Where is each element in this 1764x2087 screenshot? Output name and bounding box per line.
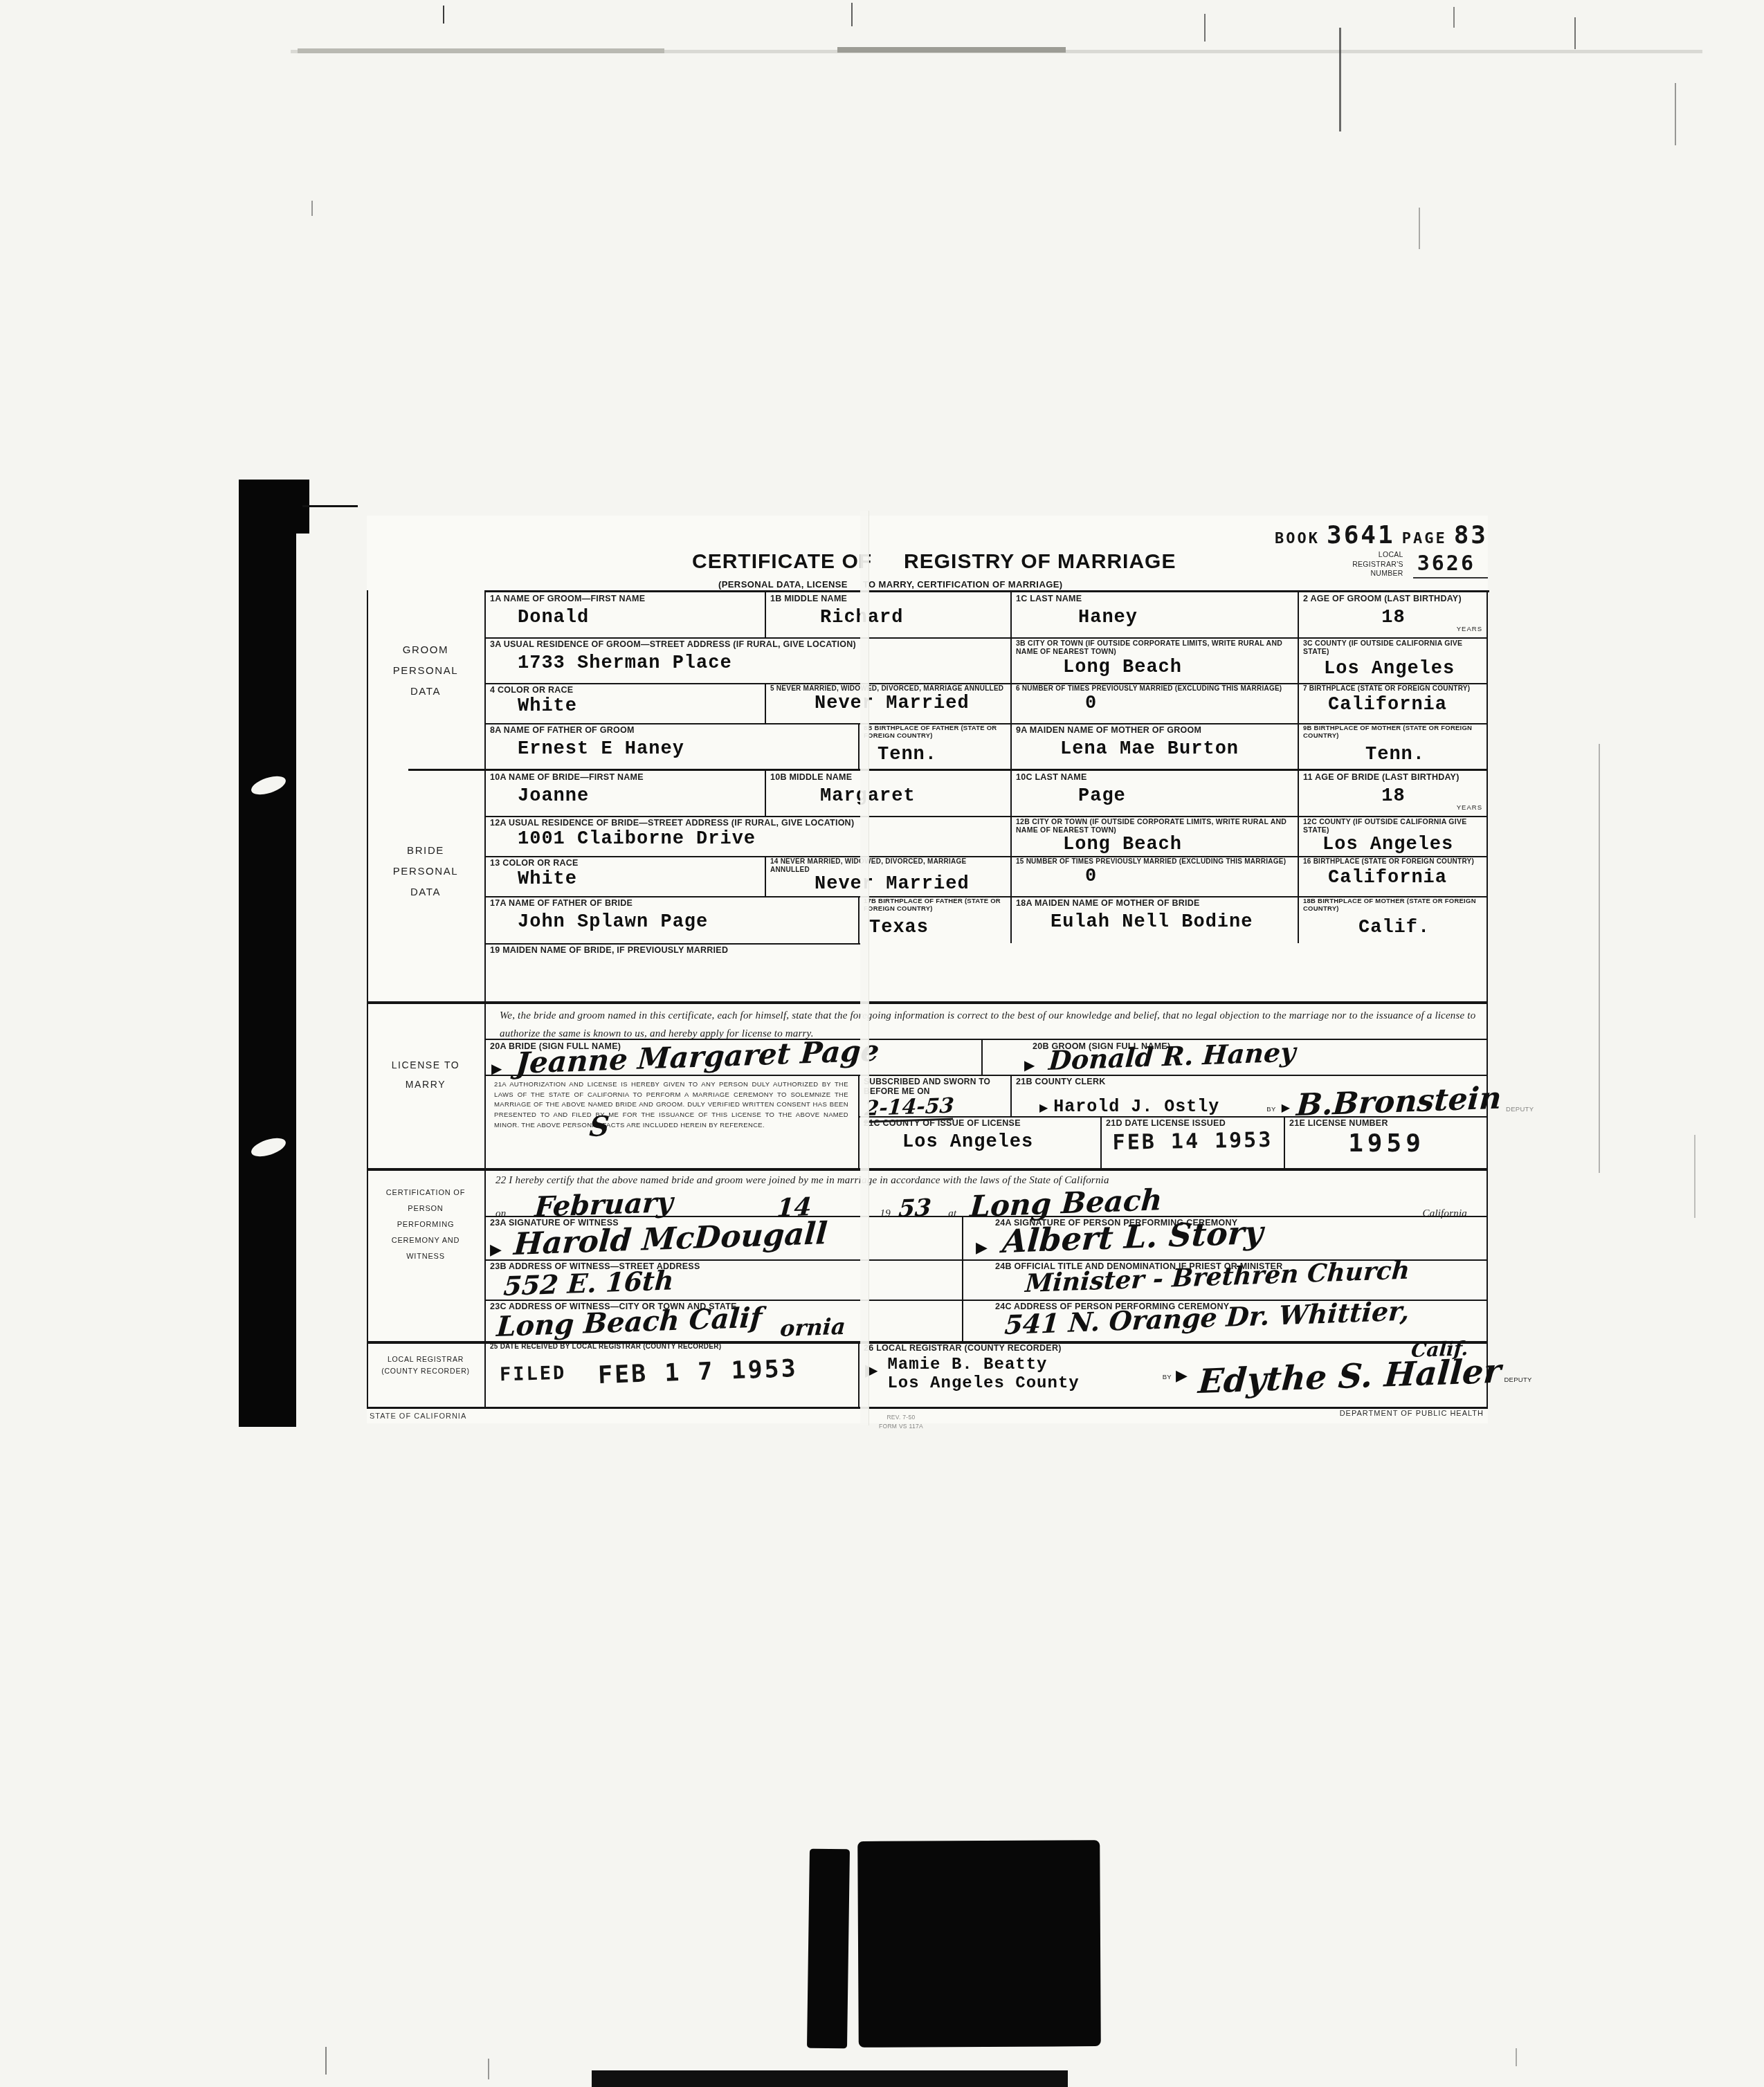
field-value: Tenn. bbox=[864, 740, 1006, 765]
scan-tick bbox=[1694, 1135, 1695, 1218]
title-left: CERTIFICATE OF bbox=[692, 550, 872, 574]
date-received-stamp: FEB 1 7 1953 bbox=[598, 1354, 799, 1389]
grid-line bbox=[1100, 1116, 1102, 1168]
field-label: 1A NAME OF GROOM—FIRST NAME bbox=[490, 594, 761, 603]
field-value: White bbox=[490, 868, 761, 890]
signature-arrow-icon bbox=[490, 1242, 502, 1257]
grid-line bbox=[484, 637, 1488, 639]
field-5-groom-marital-status: 5 NEVER MARRIED, WIDOWED, DIVORCED, MARR… bbox=[765, 683, 1010, 723]
page-number: 83 bbox=[1454, 521, 1488, 549]
marriage-place-handwritten: Long Beach bbox=[969, 1183, 1163, 1223]
field-label: 10B MIDDLE NAME bbox=[770, 772, 1006, 782]
authorization-fine-print: 21A AUTHORIZATION AND LICENSE IS HEREBY … bbox=[494, 1080, 848, 1131]
signature-arrow-icon bbox=[976, 1240, 988, 1255]
field-label: 12A USUAL RESIDENCE OF BRIDE—STREET ADDR… bbox=[490, 818, 1006, 828]
field-value: John Splawn Page bbox=[490, 908, 854, 933]
field-8b-father-birthplace: 8B BIRTHPLACE OF FATHER (STATE OR FOREIG… bbox=[858, 723, 1010, 770]
field-9a-groom-mother: 9A MAIDEN NAME OF MOTHER OF GROOM Lena M… bbox=[1010, 723, 1298, 770]
field-value: Richard bbox=[770, 603, 1006, 628]
field-21a-authorization: 21A AUTHORIZATION AND LICENSE IS HEREBY … bbox=[484, 1075, 858, 1168]
field-21e-license-number: 21E LICENSE NUMBER 1959 bbox=[1284, 1116, 1488, 1168]
grid-line bbox=[1010, 592, 1012, 770]
on-label: on bbox=[495, 1208, 506, 1220]
field-value: California bbox=[1303, 693, 1484, 716]
scan-tick bbox=[325, 2047, 327, 2075]
filed-stamp: FILED bbox=[500, 1362, 567, 1385]
field-18a-bride-mother: 18A MAIDEN NAME OF MOTHER OF BRIDE Eulah… bbox=[1010, 896, 1298, 943]
scan-tick bbox=[1453, 7, 1455, 28]
field-value: Donald bbox=[490, 603, 761, 628]
grid-line bbox=[367, 590, 368, 1409]
field-label: 19 MAIDEN NAME OF BRIDE, IF PREVIOUSLY M… bbox=[490, 945, 856, 955]
field-23b-witness-street: 23B ADDRESS OF WITNESS—STREET ADDRESS 55… bbox=[484, 1259, 962, 1300]
scan-tick bbox=[1516, 2048, 1517, 2066]
field-unit: YEARS bbox=[1457, 626, 1482, 633]
field-21d-date-license-issued: 21D DATE LICENSE ISSUED FEB 14 1953 bbox=[1100, 1116, 1284, 1168]
field-6-groom-times-married: 6 NUMBER OF TIMES PREVIOUSLY MARRIED (EX… bbox=[1010, 683, 1298, 723]
scan-tick bbox=[1599, 744, 1600, 1173]
field-12a-bride-residence: 12A USUAL RESIDENCE OF BRIDE—STREET ADDR… bbox=[484, 816, 1010, 856]
by-label: BY bbox=[1266, 1106, 1275, 1113]
deputy-label: DEPUTY bbox=[1504, 1376, 1531, 1384]
sidebar-local-registrar: LOCAL REGISTRAR (COUNTY RECORDER) bbox=[367, 1354, 484, 1378]
field-value: California bbox=[1303, 866, 1484, 888]
book-number: 3641 bbox=[1327, 521, 1395, 549]
field-label: 7 BIRTHPLACE (STATE OR FOREIGN COUNTRY) bbox=[1303, 685, 1484, 693]
state-suffix: California bbox=[1422, 1208, 1467, 1220]
scan-tick bbox=[1419, 208, 1420, 249]
field-value bbox=[490, 955, 856, 959]
marriage-month-handwritten: February bbox=[534, 1186, 674, 1223]
field-8a-groom-father: 8A NAME OF FATHER OF GROOM Ernest E Hane… bbox=[484, 723, 858, 770]
grid-line bbox=[765, 856, 766, 896]
field-20b-groom-signature: 20B GROOM (SIGN FULL NAME) Donald R. Han… bbox=[983, 1039, 1488, 1075]
grid-line bbox=[858, 1341, 860, 1407]
witness-street-handwritten: 552 E. 16th bbox=[502, 1264, 675, 1302]
field-value: Los Angeles bbox=[1303, 835, 1484, 855]
certify-line: 22 I hereby certify that the above named… bbox=[495, 1175, 1481, 1187]
field-value: 1001 Claiborne Drive bbox=[490, 828, 1006, 850]
field-17b-father-birthplace: 17B BIRTHPLACE OF FATHER (STATE OR FOREI… bbox=[858, 896, 1010, 943]
officiant-signature: Albert L. Story bbox=[1001, 1216, 1264, 1257]
field-value: 18 bbox=[1303, 603, 1484, 628]
subtitle-right: TO MARRY, CERTIFICATION OF MARRIAGE) bbox=[863, 579, 1063, 590]
scan-page-seam bbox=[860, 511, 869, 1425]
field-label: 21C COUNTY OF ISSUE OF LICENSE bbox=[864, 1118, 1096, 1128]
field-value: Never Married bbox=[770, 874, 1006, 895]
scan-tick bbox=[851, 3, 853, 26]
field-label: 16 BIRTHPLACE (STATE OR FOREIGN COUNTRY) bbox=[1303, 858, 1484, 866]
form-rev: REV. 7-50 bbox=[879, 1413, 923, 1422]
scan-tick bbox=[311, 201, 313, 216]
field-value: Ernest E Haney bbox=[490, 735, 854, 760]
field-9b-mother-birthplace: 9B BIRTHPLACE OF MOTHER (STATE OR FOREIG… bbox=[1298, 723, 1488, 770]
field-13-bride-race: 13 COLOR OR RACE White bbox=[484, 856, 765, 896]
field-3b-groom-city: 3B CITY OR TOWN (IF OUTSIDE CORPORATE LI… bbox=[1010, 637, 1298, 683]
field-value: 18 bbox=[1303, 782, 1484, 807]
state-of-california: STATE OF CALIFORNIA bbox=[370, 1412, 466, 1421]
deputy-signature: Edythe S. Haller bbox=[1197, 1355, 1502, 1398]
grid-line bbox=[1298, 770, 1299, 943]
field-7-groom-birthplace: 7 BIRTHPLACE (STATE OR FOREIGN COUNTRY) … bbox=[1298, 683, 1488, 723]
grid-line bbox=[981, 1039, 983, 1075]
field-12c-bride-county: 12C COUNTY (IF OUTSIDE CALIFORNIA GIVE S… bbox=[1298, 816, 1488, 856]
field-unit: YEARS bbox=[1457, 804, 1482, 812]
grid-line bbox=[1298, 592, 1299, 770]
field-value: White bbox=[490, 695, 761, 717]
grid-line bbox=[765, 770, 766, 816]
field-15-bride-times-married: 15 NUMBER OF TIMES PREVIOUSLY MARRIED (E… bbox=[1010, 856, 1298, 896]
scan-tick bbox=[443, 6, 444, 24]
binding-strip bbox=[239, 480, 296, 1427]
field-2-groom-age: 2 AGE OF GROOM (LAST BIRTHDAY) 18 YEARS bbox=[1298, 592, 1488, 637]
groom-signature: Donald R. Haney bbox=[1048, 1039, 1297, 1074]
county-clerk-name: Harold J. Ostly bbox=[1053, 1097, 1219, 1117]
grid-line bbox=[484, 723, 1488, 724]
field-16-bride-birthplace: 16 BIRTHPLACE (STATE OR FOREIGN COUNTRY)… bbox=[1298, 856, 1488, 896]
field-3c-groom-county: 3C COUNTY (IF OUTSIDE CALIFORNIA GIVE ST… bbox=[1298, 637, 1488, 683]
field-label: 10A NAME OF BRIDE—FIRST NAME bbox=[490, 772, 761, 782]
field-label: 12B CITY OR TOWN (IF OUTSIDE CORPORATE L… bbox=[1016, 818, 1293, 835]
book-page-block: BOOK 3641 PAGE 83 LOCAL REGISTRAR'S NUMB… bbox=[1211, 521, 1488, 579]
field-label: 17A NAME OF FATHER OF BRIDE bbox=[490, 898, 854, 908]
witness-signature: Harold McDougall bbox=[513, 1219, 828, 1260]
grid-line bbox=[1010, 1075, 1012, 1116]
clerk-arrow-icon bbox=[1039, 1103, 1048, 1114]
field-label: 18B BIRTHPLACE OF MOTHER (STATE OR FOREI… bbox=[1303, 898, 1484, 913]
license-number-stamp: 1959 bbox=[1289, 1129, 1484, 1158]
field-3a-groom-residence: 3A USUAL RESIDENCE OF GROOM—STREET ADDRE… bbox=[484, 637, 1010, 683]
sidebar-bride-personal-data: BRIDE PERSONAL DATA bbox=[367, 841, 484, 903]
ink-blob-strip bbox=[807, 1849, 850, 2049]
field-subscribed-sworn: SUBSCRIBED AND SWORN TO BEFORE ME ON 2-1… bbox=[858, 1075, 1010, 1116]
grid-line bbox=[858, 723, 860, 770]
grid-line bbox=[1010, 770, 1012, 943]
field-value: 0 bbox=[1016, 693, 1293, 714]
field-value: 0 bbox=[1016, 866, 1293, 887]
field-value: Eulah Nell Bodine bbox=[1016, 908, 1293, 933]
certificate-subtitle: (PERSONAL DATA, LICENSE TO MARRY, CERTIF… bbox=[718, 579, 1062, 590]
field-label: 4 COLOR OR RACE bbox=[490, 685, 761, 695]
field-26-local-registrar: 26 LOCAL REGISTRAR (COUNTY RECORDER) Mam… bbox=[858, 1341, 1488, 1407]
field-label: 1C LAST NAME bbox=[1016, 594, 1293, 603]
binding-edge-mark bbox=[302, 505, 358, 507]
registrar-number: 3626 bbox=[1413, 552, 1488, 578]
certificate-title: CERTIFICATE OF REGISTRY OF MARRIAGE bbox=[692, 550, 1176, 574]
scan-tick bbox=[1574, 17, 1576, 49]
field-label: 2 AGE OF GROOM (LAST BIRTHDAY) bbox=[1303, 594, 1484, 603]
marriage-year-handwritten: 53 bbox=[898, 1194, 932, 1223]
grid-line bbox=[484, 590, 1489, 592]
grid-line bbox=[858, 896, 860, 943]
field-value: Texas bbox=[864, 913, 1006, 938]
field-4-groom-race: 4 COLOR OR RACE White bbox=[484, 683, 765, 723]
book-label: BOOK bbox=[1275, 530, 1320, 547]
scanned-page: { "header": { "title_left": "CERTIFICATE… bbox=[0, 0, 1764, 2087]
grid-line bbox=[765, 592, 766, 637]
field-label: 11 AGE OF BRIDE (LAST BIRTHDAY) bbox=[1303, 772, 1484, 782]
field-label: 9A MAIDEN NAME OF MOTHER OF GROOM bbox=[1016, 725, 1293, 735]
license-affidavit: We, the bride and groom named in this ce… bbox=[484, 1003, 1488, 1039]
field-value: Lena Mae Burton bbox=[1016, 735, 1293, 760]
scan-tick bbox=[1204, 14, 1206, 42]
field-12b-bride-city: 12B CITY OR TOWN (IF OUTSIDE CORPORATE L… bbox=[1010, 816, 1298, 856]
field-value: Margaret bbox=[770, 782, 1006, 807]
field-23c-witness-city: 23C ADDRESS OF WITNESS—CITY OR TOWN AND … bbox=[484, 1300, 962, 1341]
field-label: 21D DATE LICENSE ISSUED bbox=[1106, 1118, 1280, 1128]
field-label: 13 COLOR OR RACE bbox=[490, 858, 761, 868]
certification-statement: 22 I hereby certify that the above named… bbox=[484, 1171, 1488, 1216]
title-right: REGISTRY OF MARRIAGE bbox=[904, 550, 1176, 574]
field-value: Haney bbox=[1016, 603, 1293, 628]
form-no: FORM VS 117A bbox=[879, 1422, 923, 1431]
field-value: Long Beach bbox=[1016, 656, 1293, 678]
field-20a-bride-signature: 20A BRIDE (SIGN FULL NAME) Jeanne Margar… bbox=[484, 1039, 983, 1075]
field-10b-bride-middle-name: 10B MIDDLE NAME Margaret bbox=[765, 770, 1010, 816]
bottom-bar bbox=[592, 2070, 1068, 2087]
grid-line bbox=[484, 856, 1488, 857]
field-label: 3A USUAL RESIDENCE OF GROOM—STREET ADDRE… bbox=[490, 639, 1006, 649]
affidavit-text: We, the bride and groom named in this ce… bbox=[500, 1007, 1481, 1043]
license-issued-stamp: FEB 14 1953 bbox=[1106, 1128, 1280, 1155]
grid-line bbox=[484, 896, 1488, 897]
field-label: 8B BIRTHPLACE OF FATHER (STATE OR FOREIG… bbox=[864, 725, 1006, 740]
field-18b-mother-birthplace: 18B BIRTHPLACE OF MOTHER (STATE OR FOREI… bbox=[1298, 896, 1488, 943]
scan-smudge-dark bbox=[298, 48, 664, 53]
field-25-date-received: 25 DATE RECEIVED BY LOCAL REGISTRAR (COU… bbox=[484, 1341, 858, 1407]
field-value: Joanne bbox=[490, 782, 761, 807]
field-14-bride-marital-status: 14 NEVER MARRIED, WIDOWED, DIVORCED, MAR… bbox=[765, 856, 1010, 896]
marriage-certificate: CERTIFICATE OF REGISTRY OF MARRIAGE (PER… bbox=[367, 516, 1488, 1423]
field-10a-bride-first-name: 10A NAME OF BRIDE—FIRST NAME Joanne bbox=[484, 770, 765, 816]
grid-line bbox=[484, 590, 486, 1409]
grid-line bbox=[367, 1407, 1488, 1409]
registrar-name: Mamie B. Beatty bbox=[887, 1356, 1079, 1374]
form-revision: REV. 7-50 FORM VS 117A bbox=[879, 1413, 923, 1431]
ink-blob-main bbox=[857, 1840, 1101, 2048]
witness-city-handwritten-cont: ornia bbox=[779, 1313, 846, 1342]
field-label: 25 DATE RECEIVED BY LOCAL REGISTRAR (COU… bbox=[490, 1343, 854, 1351]
page-label: PAGE bbox=[1402, 530, 1447, 547]
scan-tick bbox=[488, 2059, 489, 2079]
field-21b-county-clerk: 21B COUNTY CLERK Harold J. Ostly BY B.Br… bbox=[1010, 1075, 1488, 1116]
year-prefix: 19 bbox=[880, 1208, 891, 1220]
grid-line bbox=[367, 1001, 1488, 1004]
grid-line bbox=[765, 683, 766, 723]
field-value: Never Married bbox=[770, 693, 1006, 714]
field-value: Los Angeles bbox=[864, 1128, 1096, 1153]
field-10c-bride-last-name: 10C LAST NAME Page bbox=[1010, 770, 1298, 816]
field-24b-officiant-title: 24B OFFICIAL TITLE AND DENOMINATION IF P… bbox=[962, 1259, 1488, 1300]
grid-line bbox=[484, 943, 860, 945]
field-value: Long Beach bbox=[1016, 835, 1293, 855]
field-value: 1733 Sherman Place bbox=[490, 649, 1006, 674]
grid-line bbox=[1486, 590, 1488, 1409]
at-label: at bbox=[948, 1208, 956, 1220]
field-label: 3C COUNTY (IF OUTSIDE CALIFORNIA GIVE ST… bbox=[1303, 639, 1484, 656]
field-1b-groom-middle-name: 1B MIDDLE NAME Richard bbox=[765, 592, 1010, 637]
registrar-county: Los Angeles County bbox=[887, 1374, 1079, 1393]
grid-line bbox=[962, 1216, 963, 1341]
field-24c-officiant-address: 24C ADDRESS OF PERSON PERFORMING CEREMON… bbox=[962, 1300, 1488, 1341]
signature-arrow-icon bbox=[491, 1062, 502, 1076]
department-of-public-health: DEPARTMENT OF PUBLIC HEALTH bbox=[1340, 1410, 1484, 1418]
deputy-arrow-icon bbox=[1176, 1368, 1188, 1383]
clerk-deputy-signature: B.Bronstein bbox=[1295, 1084, 1502, 1121]
field-label: 18A MAIDEN NAME OF MOTHER OF BRIDE bbox=[1016, 898, 1293, 908]
field-19-bride-maiden-name: 19 MAIDEN NAME OF BRIDE, IF PREVIOUSLY M… bbox=[484, 943, 860, 1001]
grid-line bbox=[1284, 1116, 1285, 1168]
registrar-number-label: LOCAL REGISTRAR'S NUMBER bbox=[1340, 551, 1403, 579]
field-label: 1B MIDDLE NAME bbox=[770, 594, 1006, 603]
field-label: 26 LOCAL REGISTRAR (COUNTY RECORDER) bbox=[864, 1343, 1484, 1353]
scan-tick bbox=[1675, 83, 1676, 145]
sidebar-certification: CERTIFICATION OF PERSON PERFORMING CEREM… bbox=[367, 1185, 484, 1265]
field-1a-groom-first-name: 1A NAME OF GROOM—FIRST NAME Donald bbox=[484, 592, 765, 637]
deputy-arrow-icon bbox=[1282, 1103, 1290, 1114]
sidebar-license-to-marry: LICENSE TO MARRY bbox=[367, 1055, 484, 1094]
field-label: 17B BIRTHPLACE OF FATHER (STATE OR FOREI… bbox=[864, 898, 1006, 913]
field-value: Calif. bbox=[1303, 913, 1484, 938]
grid-line bbox=[858, 1075, 860, 1168]
field-label: 8A NAME OF FATHER OF GROOM bbox=[490, 725, 854, 735]
field-value: Los Angeles bbox=[1303, 656, 1484, 680]
field-1c-groom-last-name: 1C LAST NAME Haney bbox=[1010, 592, 1298, 637]
field-label: 9B BIRTHPLACE OF MOTHER (STATE OR FOREIG… bbox=[1303, 725, 1484, 740]
sidebar-groom-personal-data: GROOM PERSONAL DATA bbox=[367, 640, 484, 702]
scan-tick bbox=[1339, 28, 1341, 131]
field-17a-bride-father: 17A NAME OF FATHER OF BRIDE John Splawn … bbox=[484, 896, 858, 943]
grid-line bbox=[408, 769, 1488, 771]
authorization-initial-mark: S bbox=[588, 1110, 610, 1143]
field-label: 5 NEVER MARRIED, WIDOWED, DIVORCED, MARR… bbox=[770, 685, 1006, 693]
field-label: 14 NEVER MARRIED, WIDOWED, DIVORCED, MAR… bbox=[770, 858, 1006, 874]
grid-line bbox=[484, 683, 1488, 684]
field-11-bride-age: 11 AGE OF BRIDE (LAST BIRTHDAY) 18 YEARS bbox=[1298, 770, 1488, 816]
field-label: 12C COUNTY (IF OUTSIDE CALIFORNIA GIVE S… bbox=[1303, 818, 1484, 835]
field-value: Tenn. bbox=[1303, 740, 1484, 765]
grid-line bbox=[367, 1168, 1488, 1171]
grid-line bbox=[484, 816, 1488, 817]
field-21c-county-of-issue: 21C COUNTY OF ISSUE OF LICENSE Los Angel… bbox=[858, 1116, 1100, 1168]
field-label: 6 NUMBER OF TIMES PREVIOUSLY MARRIED (EX… bbox=[1016, 685, 1293, 693]
scan-smudge-dark2 bbox=[837, 47, 1066, 53]
grid-line bbox=[484, 1039, 1488, 1040]
deputy-label: DEPUTY bbox=[1506, 1106, 1534, 1113]
field-label: 15 NUMBER OF TIMES PREVIOUSLY MARRIED (E… bbox=[1016, 858, 1293, 866]
by-label: BY bbox=[1163, 1374, 1172, 1381]
field-label: 3B CITY OR TOWN (IF OUTSIDE CORPORATE LI… bbox=[1016, 639, 1293, 656]
subtitle-left: (PERSONAL DATA, LICENSE bbox=[718, 579, 848, 590]
signature-arrow-icon bbox=[1024, 1059, 1035, 1073]
field-value: Page bbox=[1016, 782, 1293, 807]
field-label: 10C LAST NAME bbox=[1016, 772, 1293, 782]
